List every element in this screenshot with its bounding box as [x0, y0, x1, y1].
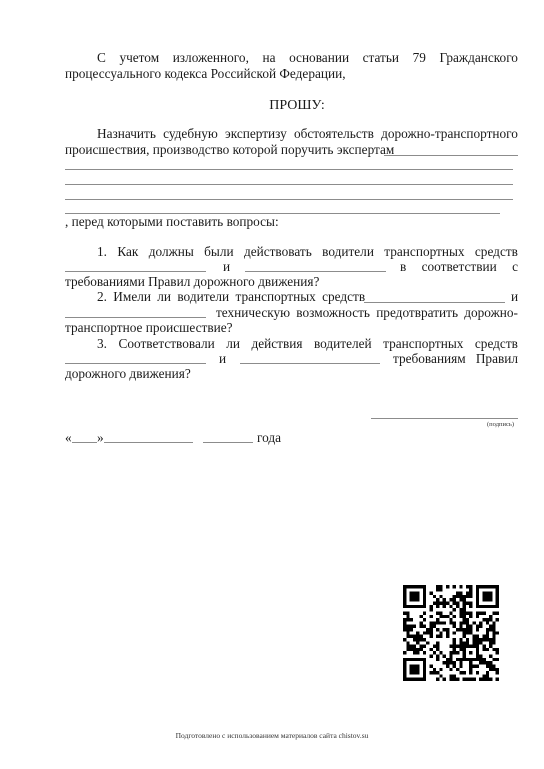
date-day-blank[interactable] — [72, 442, 97, 443]
experts-blank-4[interactable] — [65, 199, 513, 200]
qr-code — [403, 585, 499, 681]
question-2-line-1: 2. Имели ли водители транспортных средст… — [97, 289, 365, 305]
experts-blank-1[interactable] — [384, 155, 518, 156]
word: действовать — [244, 244, 312, 260]
question-3-blank-b[interactable] — [240, 363, 380, 364]
word: основании — [289, 50, 349, 66]
word: предотвратить — [376, 305, 458, 321]
question-1-line-1: 1.Какдолжныбылидействоватьводителитрансп… — [97, 244, 518, 260]
word: Как — [117, 244, 138, 260]
word: ли — [226, 336, 240, 352]
intro-line-1: Сучетомизложенного,наоснованиистатьи79Гр… — [97, 50, 518, 66]
experts-blank-3[interactable] — [65, 184, 513, 185]
question-2-and: и — [511, 289, 518, 305]
footer-source: Подготовлено с использованием материалов… — [0, 731, 544, 740]
signature-line[interactable] — [371, 418, 518, 419]
document-page: Сучетомизложенного,наоснованиистатьи79Гр… — [0, 0, 544, 769]
word: на — [262, 50, 275, 66]
question-3-blank-a[interactable] — [65, 363, 206, 364]
request-heading: ПРОШУ: — [0, 98, 544, 114]
signature-caption: (подпись) — [487, 421, 514, 429]
assign-line-2: происшествия, производство которой поруч… — [65, 142, 394, 158]
word: соответствии — [422, 259, 497, 275]
word: изложенного, — [173, 50, 249, 66]
question-1-line-3: требованиями Правил дорожного движения? — [65, 274, 319, 290]
question-1-blank-b[interactable] — [245, 271, 386, 272]
word: средств — [475, 336, 518, 352]
word: дорожно-транспортного — [381, 126, 518, 142]
word: Назначить — [97, 126, 156, 142]
word: Гражданского — [439, 50, 517, 66]
word: транспортных — [383, 336, 463, 352]
word: дорожно- — [464, 305, 518, 321]
word: в — [400, 259, 406, 275]
word: экспертизу — [225, 126, 287, 142]
question-2-line-3: транспортное происшествие? — [65, 320, 233, 336]
word: 3. — [97, 336, 107, 352]
questions-intro: , перед которыми поставить вопросы: — [65, 214, 279, 230]
question-2-blank-b[interactable] — [65, 317, 206, 318]
word: Правил — [476, 351, 518, 367]
word: транспортных — [384, 244, 464, 260]
word: средств — [475, 244, 518, 260]
question-3-line-3: дорожного движения? — [65, 366, 191, 382]
word: С — [97, 50, 106, 66]
assign-line-1: Назначитьсудебнуюэкспертизуобстоятельств… — [97, 126, 518, 142]
word: 1. — [97, 244, 107, 260]
word: водителей — [314, 336, 372, 352]
question-2-line-2: техническуювозможностьпредотвратитьдорож… — [216, 305, 518, 321]
question-3-line-1: 3.Соответствовалилидействияводителейтран… — [97, 336, 518, 352]
word: обстоятельств — [294, 126, 374, 142]
question-3-line-2-tail: требованиямПравил — [393, 351, 518, 367]
word: возможность — [296, 305, 370, 321]
date-open-quote: « — [65, 430, 72, 446]
question-1-and: и — [223, 259, 230, 275]
word: требованиям — [393, 351, 466, 367]
date-year-blank[interactable] — [203, 442, 253, 443]
word: с — [512, 259, 518, 275]
intro-line-2: процессуального кодекса Российской Федер… — [65, 66, 346, 82]
word: статьи — [363, 50, 399, 66]
date-year-suffix: года — [257, 430, 281, 446]
date-close-quote: » — [97, 430, 104, 446]
word: учетом — [119, 50, 159, 66]
word: были — [204, 244, 233, 260]
question-1-blank-a[interactable] — [65, 271, 206, 272]
word: должны — [149, 244, 194, 260]
date-month-blank[interactable] — [104, 442, 193, 443]
word: судебную — [163, 126, 218, 142]
word: действия — [251, 336, 302, 352]
experts-blank-2[interactable] — [65, 169, 513, 170]
word: 79 — [413, 50, 426, 66]
word: техническую — [216, 305, 290, 321]
question-3-and: и — [219, 351, 226, 367]
question-2-blank-a[interactable] — [364, 302, 505, 303]
question-1-line-2-tail: всоответствиис — [400, 259, 518, 275]
word: Соответствовали — [118, 336, 214, 352]
word: водители — [322, 244, 374, 260]
